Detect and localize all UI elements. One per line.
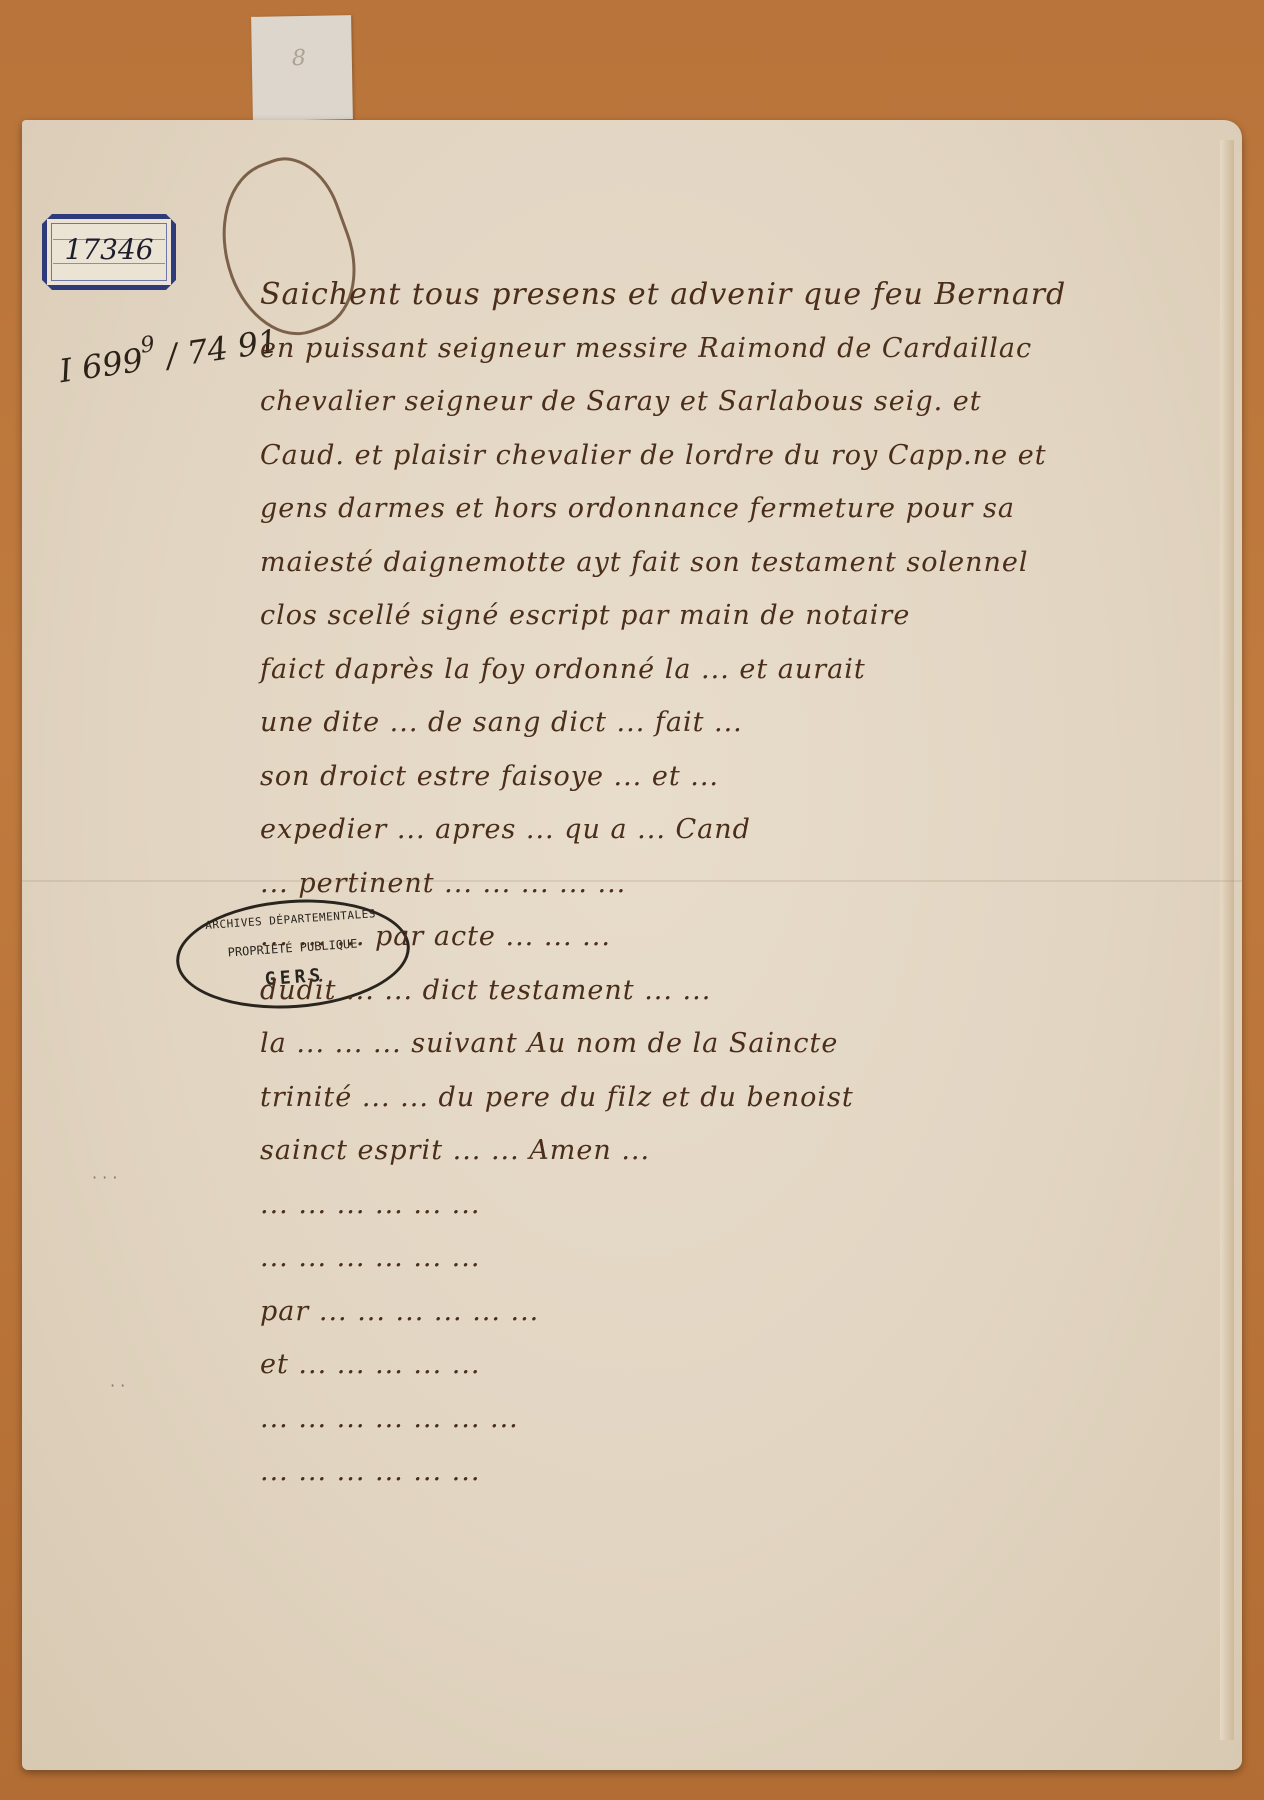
text-line: la ... ... ... suivant Au nom de la Sain…	[260, 1017, 1200, 1071]
archive-number-label: 17346	[42, 214, 176, 290]
archive-number: 17346	[47, 233, 171, 266]
text-line: ... ... ... par acte ... ... ...	[260, 910, 1200, 964]
text-line: Saichent tous presens et advenir que feu…	[260, 268, 1200, 322]
text-line: ... ... ... ... ... ... ...	[260, 1392, 1200, 1446]
text-line: clos scellé signé escript par main de no…	[260, 589, 1200, 643]
text-line: une dite ... de sang dict ... fait ...	[260, 696, 1200, 750]
sheet-edge	[1220, 140, 1234, 1740]
text-line: chevalier seigneur de Saray et Sarlabous…	[260, 375, 1200, 429]
manuscript-text: Saichent tous presens et advenir que feu…	[260, 268, 1200, 1499]
text-line: ... ... ... ... ... ...	[260, 1178, 1200, 1232]
text-line: ... ... ... ... ... ...	[260, 1445, 1200, 1499]
text-line: trinité ... ... du pere du filz et du be…	[260, 1071, 1200, 1125]
shelfmark-superscript: 9	[139, 332, 156, 359]
text-line: son droict estre faisoye ... et ...	[260, 750, 1200, 804]
text-line: gens darmes et hors ordonnance fermeture…	[260, 482, 1200, 536]
tab-note: 8	[292, 46, 306, 71]
text-line: maiesté daignemotte ayt fait son testame…	[260, 536, 1200, 590]
text-line: ... pertinent ... ... ... ... ...	[260, 857, 1200, 911]
text-line: par ... ... ... ... ... ...	[260, 1285, 1200, 1339]
margin-dots: · ·	[110, 1376, 125, 1395]
text-line: dudit ... ... dict testament ... ...	[260, 964, 1200, 1018]
text-line: Caud. et plaisir chevalier de lordre du …	[260, 429, 1200, 483]
text-line: expedier ... apres ... qu a ... Cand	[260, 803, 1200, 857]
text-line: sainct esprit ... ... Amen ...	[260, 1124, 1200, 1178]
text-line: ... ... ... ... ... ...	[260, 1231, 1200, 1285]
text-line: et ... ... ... ... ...	[260, 1338, 1200, 1392]
text-line: en puissant seigneur messire Raimond de …	[260, 322, 1200, 376]
paper-tab-slip: 8	[251, 15, 353, 121]
text-line: faict daprès la foy ordonné la ... et au…	[260, 643, 1200, 697]
margin-dots: · · ·	[92, 1168, 117, 1187]
